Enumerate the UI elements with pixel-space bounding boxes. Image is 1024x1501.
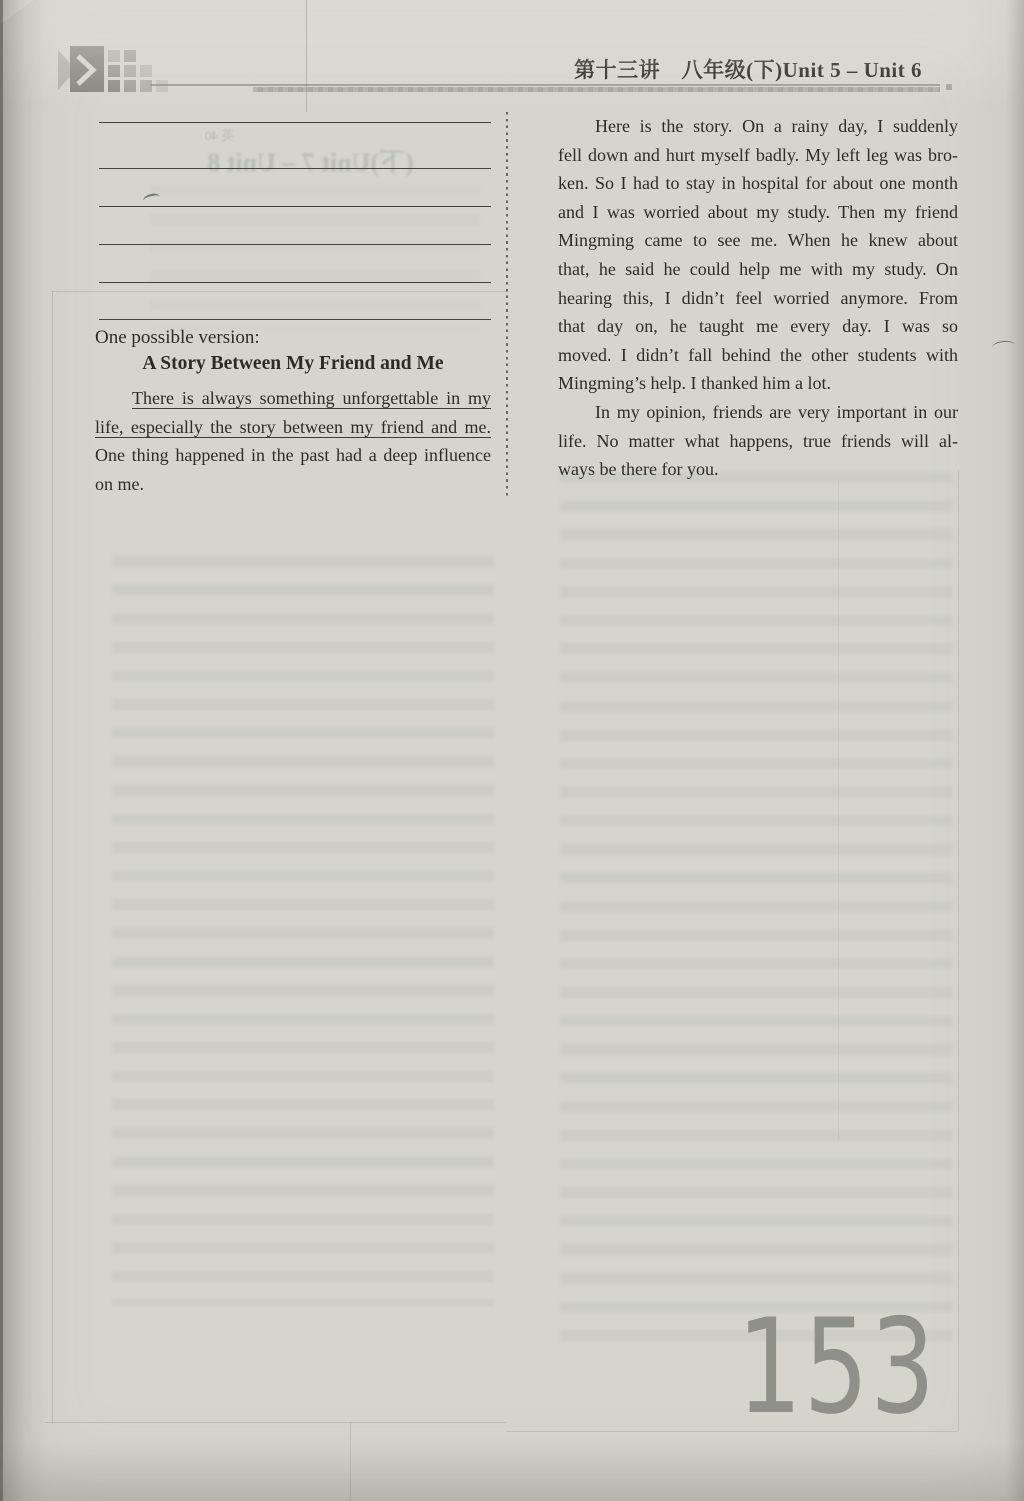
text-line: fell down and hurt myself badly. My left… — [558, 141, 958, 170]
text-line: ken. So I had to stay in hospital for ab… — [558, 169, 958, 198]
scan-left-shadow — [0, 0, 46, 1501]
scan-corner-artifact — [0, 0, 34, 24]
text-line: that day on, he taught me every day. I w… — [558, 312, 958, 341]
scan-left-edge — [0, 0, 3, 1501]
essay-title: A Story Between My Friend and Me — [95, 353, 491, 375]
paragraph: In my opinion, friends are very importan… — [558, 398, 958, 484]
text-line: There is always something unforgettable … — [95, 384, 491, 413]
text-line: that, he said he could help me with my s… — [558, 255, 958, 284]
text-line: and I was worried about my study. Then m… — [558, 198, 958, 227]
bleed-line — [52, 291, 53, 1424]
text-line: Mingming’s help. I thanked him a lot. — [558, 369, 958, 398]
answer-blank-line — [99, 168, 491, 169]
text-line: ways be there for you. — [558, 455, 958, 484]
bleed-line — [45, 1422, 506, 1423]
stray-arc-mark — [991, 340, 1015, 353]
right-column-text: Here is the story. On a rainy day, I sud… — [558, 112, 958, 484]
answer-blank-line — [99, 282, 491, 283]
text-line: In my opinion, friends are very importan… — [558, 398, 958, 427]
answer-blank-line — [99, 319, 491, 320]
text-line: life, especially the story between my fr… — [95, 413, 491, 442]
text-line: life. No matter what happens, true frien… — [558, 427, 958, 456]
scan-right-shadow — [1006, 0, 1024, 1501]
paragraph: Here is the story. On a rainy day, I sud… — [558, 112, 958, 398]
bleed-texture — [112, 556, 494, 1306]
bleed-texture — [560, 472, 952, 1350]
text-line: on me. — [95, 470, 491, 499]
header-rule-line — [150, 84, 940, 86]
bleed-line — [838, 480, 839, 1140]
answer-blank-line — [99, 244, 491, 245]
scanned-page: (下)Unit 7 – Unit 8 英 40 第十三讲 八年级(下)Unit … — [0, 0, 1024, 1501]
scan-bottom-shadow — [0, 1443, 1024, 1501]
text-line: Mingming came to see me. When he knew ab… — [558, 226, 958, 255]
scan-crease — [306, 0, 307, 112]
text-line: One thing happened in the past had a dee… — [95, 441, 491, 470]
answer-blank-line — [99, 122, 491, 123]
answer-blank-line — [99, 206, 491, 207]
page-header-title: 第十三讲 八年级(下)Unit 5 – Unit 6 — [574, 54, 922, 84]
bleed-line — [958, 470, 959, 1431]
text-line: hearing this, I didn’t feel worried anym… — [558, 284, 958, 313]
essay-body: There is always something unforgettable … — [95, 384, 491, 498]
text-line: moved. I didn’t fall behind the other st… — [558, 341, 958, 370]
text-line: Here is the story. On a rainy day, I sud… — [558, 112, 958, 141]
answer-blank-lines — [99, 112, 491, 327]
page-number: 153 — [737, 1301, 937, 1432]
bleed-line — [350, 1422, 351, 1501]
header-rule-dot — [946, 84, 952, 90]
column-divider-dotted — [506, 112, 508, 498]
publisher-logo-icon — [56, 44, 168, 96]
answer-intro-label: One possible version: — [95, 327, 260, 349]
logo-square — [70, 46, 104, 92]
header-rule-bar — [253, 87, 940, 92]
